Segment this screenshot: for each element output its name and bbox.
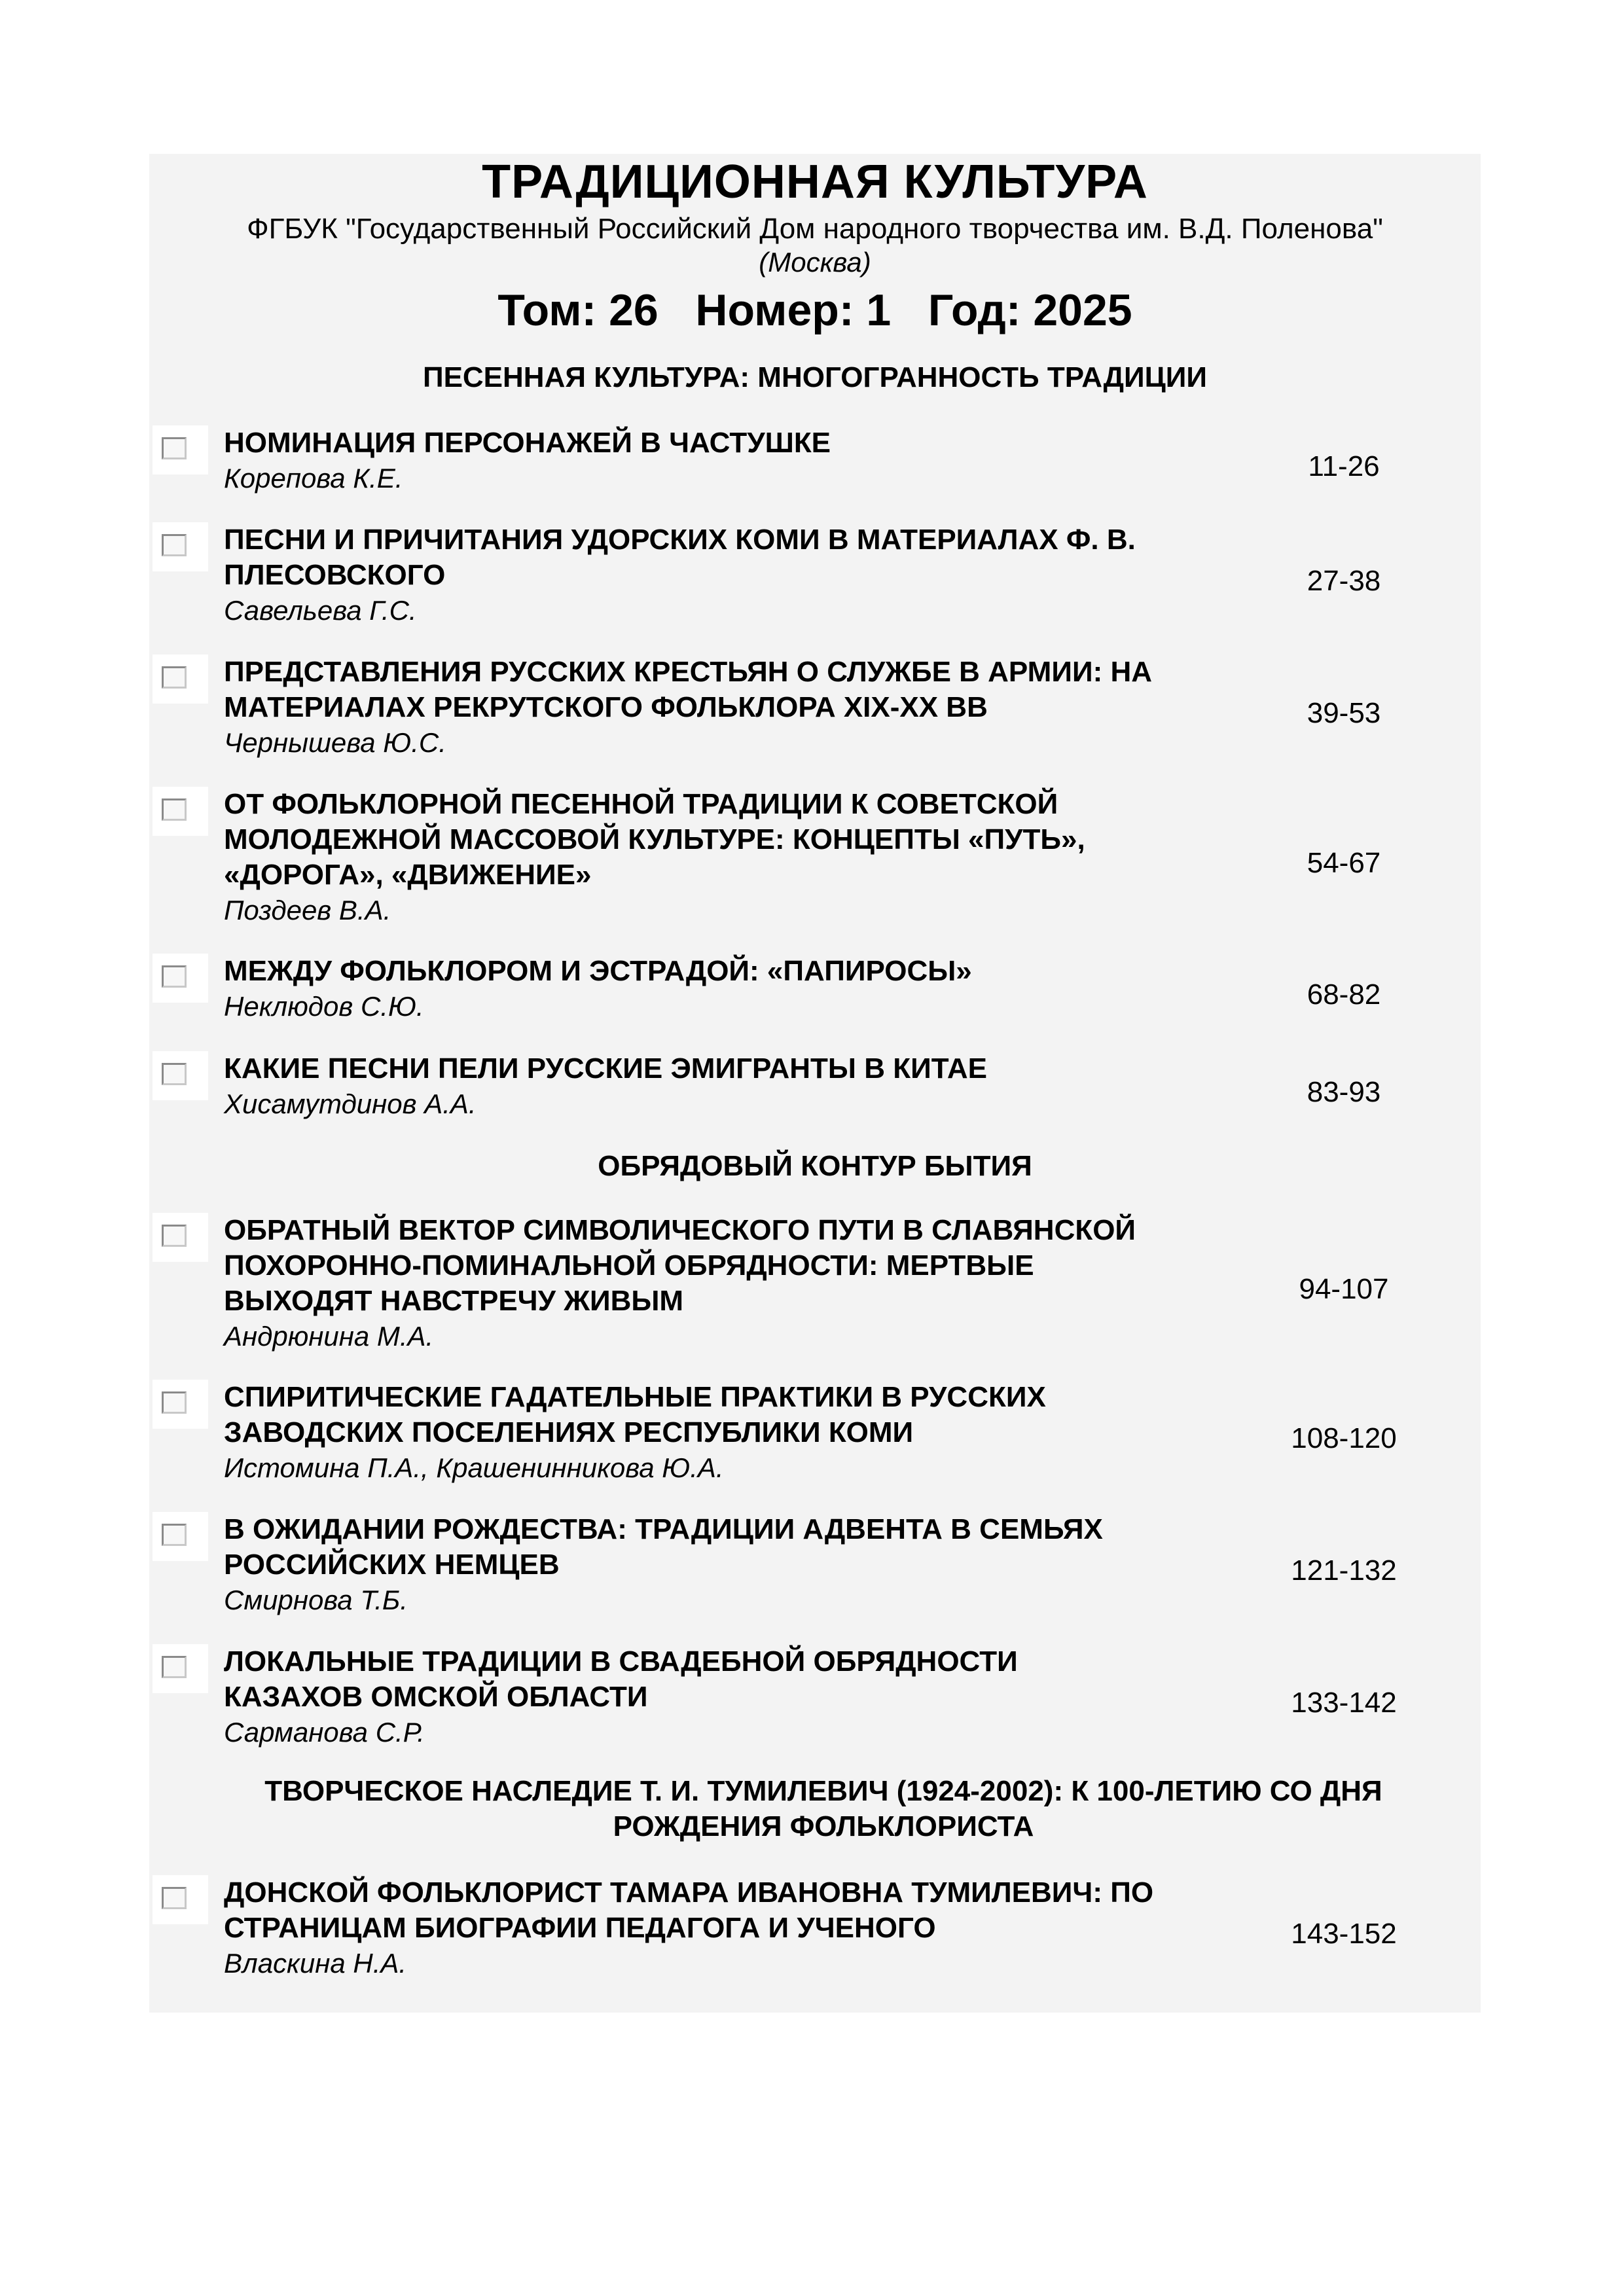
article-title-link[interactable]: ДОНСКОЙ ФОЛЬКЛОРИСТ ТАМАРА ИВАНОВНА ТУМИ… (224, 1875, 1160, 1946)
article-authors: Андрюнина М.А. (224, 1319, 433, 1354)
article-title-link[interactable]: НОМИНАЦИЯ ПЕРСОНАЖЕЙ В ЧАСТУШКЕ (224, 425, 1160, 461)
checkbox-icon (162, 1656, 187, 1678)
article-pages: 108-120 (1262, 1422, 1426, 1455)
checkbox-icon (162, 1391, 187, 1414)
article-title-link[interactable]: ОТ ФОЛЬКЛОРНОЙ ПЕСЕННОЙ ТРАДИЦИИ К СОВЕТ… (224, 787, 1160, 893)
article-pages: 143-152 (1262, 1918, 1426, 1950)
checkbox-icon (162, 1063, 187, 1085)
article-checkbox[interactable] (153, 1875, 208, 1924)
section-title: ТВОРЧЕСКОЕ НАСЛЕДИЕ Т. И. ТУМИЛЕВИЧ (192… (208, 1774, 1439, 1844)
article-checkbox[interactable] (153, 655, 208, 704)
article-authors: Корепова К.Е. (224, 461, 403, 496)
article-checkbox[interactable] (153, 1051, 208, 1100)
article-authors: Хисамутдинов А.А. (224, 1086, 477, 1122)
section-title: ОБРЯДОВЫЙ КОНТУР БЫТИЯ (149, 1149, 1481, 1184)
table-of-contents: ТРАДИЦИОННАЯ КУЛЬТУРА ФГБУК "Государстве… (149, 154, 1481, 2013)
article-checkbox[interactable] (153, 787, 208, 836)
article-authors: Сарманова С.Р. (224, 1715, 425, 1750)
article-pages: 39-53 (1262, 697, 1426, 730)
article-pages: 94-107 (1262, 1273, 1426, 1306)
section-title: ПЕСЕННАЯ КУЛЬТУРА: МНОГОГРАННОСТЬ ТРАДИЦ… (149, 360, 1481, 395)
publisher-city: (Москва) (149, 247, 1481, 278)
article-title-link[interactable]: ЛОКАЛЬНЫЕ ТРАДИЦИИ В СВАДЕБНОЙ ОБРЯДНОСТ… (224, 1644, 1160, 1715)
article-authors: Савельева Г.С. (224, 593, 417, 628)
checkbox-icon (162, 666, 187, 689)
article-title-link[interactable]: КАКИЕ ПЕСНИ ПЕЛИ РУССКИЕ ЭМИГРАНТЫ В КИТ… (224, 1051, 1160, 1086)
checkbox-icon (162, 798, 187, 821)
checkbox-icon (162, 1887, 187, 1909)
article-checkbox[interactable] (153, 1380, 208, 1429)
article-title-link[interactable]: МЕЖДУ ФОЛЬКЛОРОМ И ЭСТРАДОЙ: «ПАПИРОСЫ» (224, 954, 1160, 989)
article-authors: Неклюдов С.Ю. (224, 989, 424, 1024)
article-title-link[interactable]: ОБРАТНЫЙ ВЕКТОР СИМВОЛИЧЕСКОГО ПУТИ В СЛ… (224, 1213, 1160, 1319)
article-pages: 54-67 (1262, 847, 1426, 880)
article-checkbox[interactable] (153, 425, 208, 475)
article-title-link[interactable]: СПИРИТИЧЕСКИЕ ГАДАТЕЛЬНЫЕ ПРАКТИКИ В РУС… (224, 1380, 1160, 1450)
article-pages: 27-38 (1262, 565, 1426, 598)
journal-title: ТРАДИЦИОННАЯ КУЛЬТУРА (149, 155, 1481, 209)
article-checkbox[interactable] (153, 522, 208, 571)
article-checkbox[interactable] (153, 1512, 208, 1561)
article-pages: 133-142 (1262, 1687, 1426, 1719)
article-pages: 68-82 (1262, 978, 1426, 1011)
checkbox-icon (162, 965, 187, 988)
checkbox-icon (162, 1225, 187, 1247)
article-authors: Истомина П.А., Крашенинникова Ю.А. (224, 1450, 724, 1486)
checkbox-icon (162, 534, 187, 556)
article-checkbox[interactable] (153, 1213, 208, 1262)
article-authors: Смирнова Т.Б. (224, 1583, 408, 1618)
article-checkbox[interactable] (153, 954, 208, 1003)
checkbox-icon (162, 1524, 187, 1546)
article-title-link[interactable]: ПЕСНИ И ПРИЧИТАНИЯ УДОРСКИХ КОМИ В МАТЕР… (224, 522, 1160, 593)
article-authors: Власкина Н.А. (224, 1946, 406, 1981)
issue-info: Том: 26 Номер: 1 Год: 2025 (149, 285, 1481, 336)
article-authors: Поздеев В.А. (224, 893, 391, 928)
article-title-link[interactable]: ПРЕДСТАВЛЕНИЯ РУССКИХ КРЕСТЬЯН О СЛУЖБЕ … (224, 655, 1160, 725)
article-pages: 83-93 (1262, 1076, 1426, 1109)
publisher: ФГБУК "Государственный Российский Дом на… (149, 213, 1481, 245)
article-checkbox[interactable] (153, 1644, 208, 1693)
article-pages: 121-132 (1262, 1554, 1426, 1587)
article-authors: Чернышева Ю.С. (224, 725, 446, 761)
article-title-link[interactable]: В ОЖИДАНИИ РОЖДЕСТВА: ТРАДИЦИИ АДВЕНТА В… (224, 1512, 1160, 1583)
checkbox-icon (162, 437, 187, 459)
article-pages: 11-26 (1262, 450, 1426, 483)
